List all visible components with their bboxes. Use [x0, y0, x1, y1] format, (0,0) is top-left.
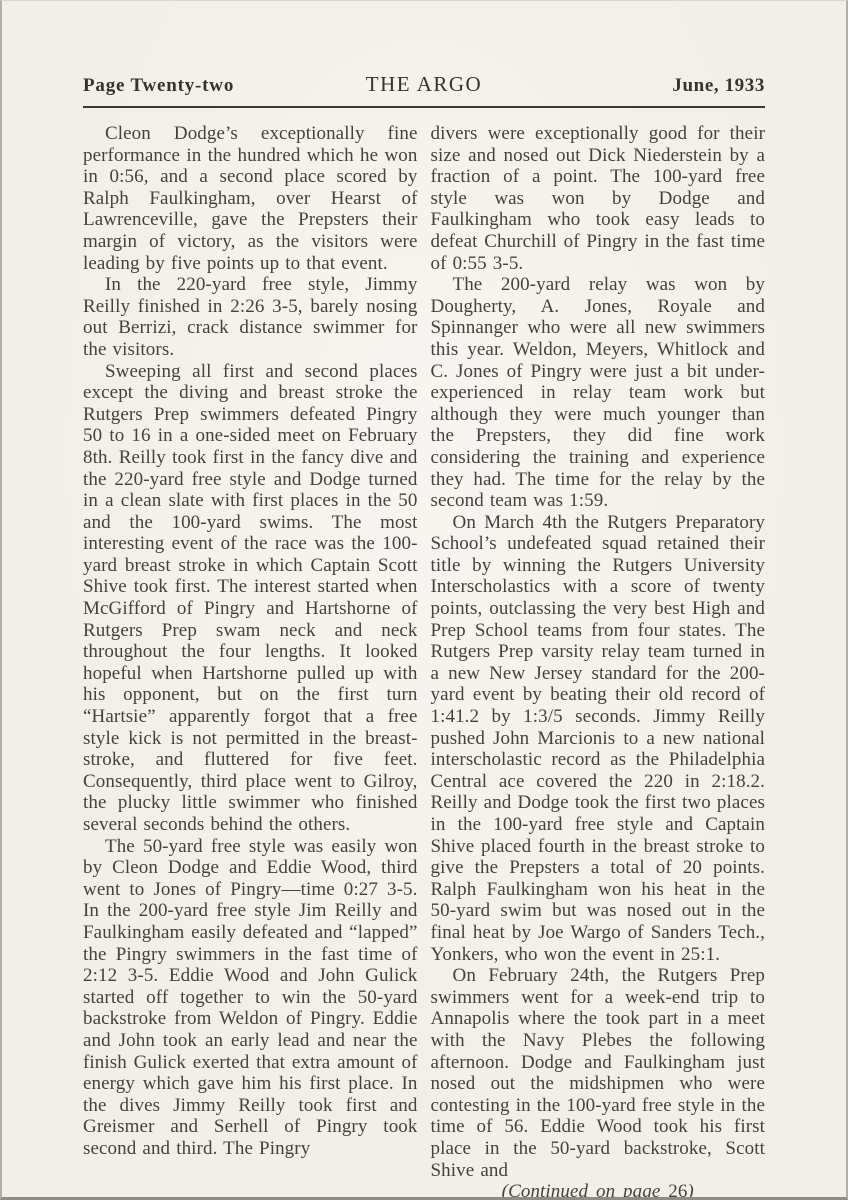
header-rule: [83, 106, 765, 108]
header-page-label: Page Twenty-two: [83, 75, 310, 97]
paragraph: Cleon Dodge’s exceptionally fine perform…: [83, 123, 418, 274]
continued-note-close: ): [687, 1181, 693, 1200]
right-column: divers were exceptionally good for their…: [431, 123, 766, 1200]
left-column: Cleon Dodge’s exceptionally fine perform…: [83, 123, 418, 1200]
paragraph: In the 220-yard free style, Jimmy Reilly…: [83, 274, 418, 360]
header-issue-date: June, 1933: [538, 75, 765, 97]
continued-note: (Continued on page 26): [431, 1181, 766, 1200]
paragraph: Sweeping all first and second places exc…: [83, 361, 418, 836]
article-body: Cleon Dodge’s exceptionally fine perform…: [83, 123, 765, 1200]
header-publication-title: THE ARGO: [310, 73, 537, 95]
paragraph: divers were exceptionally good for their…: [431, 123, 766, 274]
continued-note-page-number: 26: [668, 1181, 687, 1200]
continued-note-text: (Continued on page: [502, 1181, 669, 1200]
paragraph: The 200-yard relay was won by Dougherty,…: [431, 274, 766, 512]
scanned-magazine-page: Page Twenty-two THE ARGO June, 1933 Cleo…: [0, 0, 848, 1200]
paragraph: On March 4th the Rutgers Preparatory Sch…: [431, 512, 766, 965]
paragraph: The 50-yard free style was easily won by…: [83, 836, 418, 1160]
page-header: Page Twenty-two THE ARGO June, 1933: [83, 1, 765, 97]
paragraph: On February 24th, the Rutgers Prep swimm…: [431, 965, 766, 1181]
